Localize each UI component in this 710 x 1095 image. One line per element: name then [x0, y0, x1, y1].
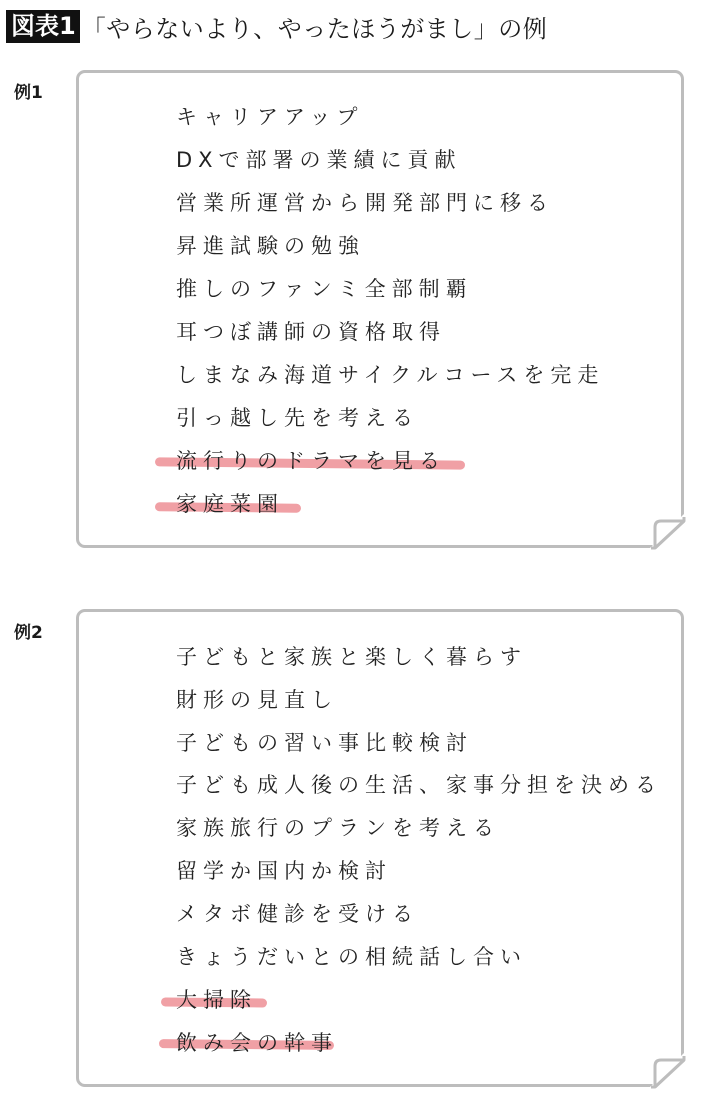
- list-item: 耳つぼ講師の資格取得: [176, 317, 446, 347]
- example-2-card: 子どもと家族と楽しく暮らす 財形の見直し 子どもの習い事比較検討 子ども成人後の…: [76, 609, 684, 1087]
- list-item: メタボ健診を受ける: [176, 899, 419, 929]
- list-item: きょうだいとの相続話し合い: [176, 942, 527, 972]
- example-1-label: 例1: [14, 78, 43, 103]
- page-curl-icon: [647, 511, 687, 551]
- list-item-highlighted: 大掃除: [176, 985, 257, 1015]
- list-item: 家族旅行のプランを考える: [176, 813, 500, 843]
- list-item: しまなみ海道サイクルコースを完走: [176, 360, 604, 390]
- example-1-card: キャリアアップ DXで部署の業績に貢献 営業所運営から開発部門に移る 昇進試験の…: [76, 70, 684, 548]
- list-item: 営業所運営から開発部門に移る: [176, 188, 554, 218]
- list-item: 子どもと家族と楽しく暮らす: [176, 642, 527, 672]
- list-item: 引っ越し先を考える: [176, 403, 419, 433]
- list-item: キャリアアップ: [176, 102, 364, 132]
- figure-header: 図表1 「やらないより、やったほうがまし」の例: [6, 9, 547, 43]
- list-item: 財形の見直し: [176, 685, 338, 715]
- example-2-label: 例2: [14, 618, 43, 643]
- list-item: 子どもの習い事比較検討: [176, 728, 473, 758]
- list-item-highlighted: 家庭菜園: [176, 489, 284, 519]
- list-item: 昇進試験の勉強: [176, 231, 365, 261]
- list-item: 留学か国内か検討: [176, 856, 392, 886]
- list-item: 子ども成人後の生活、家事分担を決める: [176, 770, 662, 800]
- list-item-highlighted: 流行りのドラマを見る: [176, 446, 446, 476]
- page-curl-icon: [647, 1050, 687, 1090]
- list-item-highlighted: 飲み会の幹事: [176, 1028, 338, 1058]
- figure-label: 図表1: [6, 10, 80, 43]
- figure-title: 「やらないより、やったほうがまし」の例: [82, 9, 548, 44]
- list-item: DXで部署の業績に貢献: [176, 145, 462, 175]
- list-item: 推しのファンミ全部制覇: [176, 274, 473, 304]
